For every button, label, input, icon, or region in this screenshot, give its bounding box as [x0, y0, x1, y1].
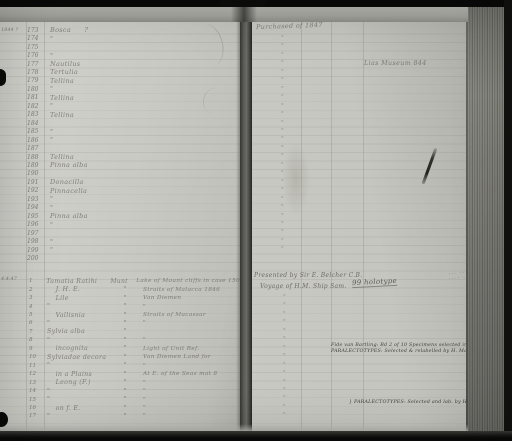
specimen-name: " [47, 388, 109, 395]
register-row: 16 on f. E. " " [0, 404, 240, 412]
register-row: 176 " [0, 51, 240, 59]
ditto-mark: " [281, 187, 284, 195]
row-number: 177 [27, 61, 42, 68]
locality-note: At E. of the Seas mat 8 [143, 371, 240, 377]
ditto-mark: " [281, 77, 284, 85]
qualifier: " [113, 345, 137, 352]
row-number: 16 [29, 405, 39, 411]
ditto-mark: " [281, 229, 284, 237]
register-row: 177 Nautilus [0, 60, 240, 68]
specimen-name: " [50, 221, 53, 229]
register-row: 195 Pinna alba [0, 212, 240, 220]
register-row: 2 J. H. E. " Straits of Malacca 1846 [0, 285, 240, 293]
ditto-mark: " [283, 370, 286, 378]
register-row: 175 [0, 43, 240, 51]
row-number: 1 [29, 278, 38, 284]
locality-note: " [143, 320, 240, 326]
top-edge-gutter-shadow [231, 7, 257, 22]
register-row: 15 " " " [0, 395, 240, 403]
specimen-name: Pinnacella [50, 187, 87, 195]
row-number: 181 [27, 94, 42, 101]
row-number: 184 [27, 120, 42, 127]
specimen-name: " [47, 396, 109, 403]
row-number: 5 [29, 312, 39, 318]
ditto-mark: " [281, 86, 284, 94]
row-number: 12 [29, 371, 39, 377]
row-number: 17 [29, 413, 39, 419]
row-number: 185 [27, 128, 42, 135]
specimen-name: " [50, 238, 53, 246]
specimen-name: Pinna alba [50, 161, 88, 169]
left-page: 1844 ? 173 Bosca ? 174 " 175 [0, 22, 240, 431]
specimen-name: Tellina [50, 153, 74, 161]
qualifier: " [113, 320, 137, 327]
locality-note: " [143, 363, 240, 369]
row-number: 9 [29, 346, 39, 352]
ditto-mark: " [281, 128, 284, 136]
register-row: 173 Bosca ? [0, 26, 240, 34]
ditto-mark: " [281, 179, 284, 187]
specimen-name: " [47, 413, 109, 420]
stain-smudge [282, 142, 310, 216]
qualifier: " [113, 362, 137, 369]
ditto-mark: " [281, 204, 284, 212]
ditto-mark: " [281, 94, 284, 102]
lower-register-rows: 1 Tamatia Ratihi Munt Lake of Mount clif… [0, 277, 240, 421]
specimen-name: on f. E. [47, 405, 109, 412]
register-row: 186 " [0, 136, 240, 144]
ditto-mark: " [281, 111, 284, 119]
row-number: 175 [27, 44, 42, 51]
specimen-name: Donacilla [50, 178, 84, 186]
specimen-name: " [50, 52, 53, 60]
ditto-mark: " [281, 213, 284, 221]
specimen-name: Tellina [50, 94, 74, 102]
presented-by-note: Presented by Sir E. Belcher C.B. [254, 272, 362, 279]
background-bottom-strip [0, 431, 512, 441]
ditto-mark: " [281, 69, 284, 77]
register-row: 197 [0, 229, 240, 237]
specimen-name: in a Plains [47, 371, 109, 378]
register-row: 7 Sylvia alba " [0, 328, 240, 336]
ditto-mark: " [281, 35, 284, 43]
specimen-name: Sylvia alba [47, 328, 109, 335]
register-row: 183 Tellina [0, 111, 240, 119]
register-row: 178 Tertulia [0, 68, 240, 76]
row-number: 193 [27, 196, 42, 203]
column-line [331, 22, 332, 431]
row-number: 196 [27, 221, 42, 228]
ditto-mark: " [283, 404, 286, 412]
register-row: 191 Donacilla [0, 178, 240, 186]
register-row: 180 " [0, 85, 240, 93]
ditto-mark: " [281, 52, 284, 60]
specimen-name: " [50, 246, 53, 254]
register-row: 6 " " " [0, 319, 240, 327]
locality-note: " [143, 337, 240, 343]
locality-note: Straits of Macassar [143, 312, 240, 318]
ditto-mark: " [283, 395, 286, 403]
ditto-mark: " [283, 353, 286, 361]
ditto-mark: " [283, 328, 286, 336]
locality-note: " [143, 413, 240, 419]
row-number: 11 [29, 363, 39, 369]
register-row: 17 " " " [0, 412, 240, 420]
ditto-mark: " [281, 162, 284, 170]
qualifier: " [113, 396, 137, 403]
row-number: 197 [27, 230, 42, 237]
register-row: 200 [0, 254, 240, 262]
row-number: 178 [27, 69, 42, 76]
register-row: 193 " [0, 195, 240, 203]
row-number: 2 [29, 287, 39, 293]
row-number: 186 [27, 137, 42, 144]
row-number: 176 [27, 52, 42, 59]
ditto-mark: " [281, 196, 284, 204]
register-row: 187 [0, 144, 240, 152]
ditto-mark: " [281, 153, 284, 161]
ditto-mark: " [281, 103, 284, 111]
register-row: 5 Vallisnia " Straits of Macassar [0, 311, 240, 319]
register-row: 4 " " " [0, 302, 240, 310]
row-number: 174 [27, 35, 42, 42]
register-row: 199 " [0, 246, 240, 254]
specimen-name: Pinna alba [50, 212, 88, 220]
row-number: 3 [29, 295, 39, 301]
qualifier: " [113, 371, 137, 378]
row-number: 200 [27, 255, 42, 262]
register-row: 3 Lile " Van Diemen [0, 294, 240, 302]
qualifier: " [113, 286, 137, 293]
ditto-mark: " [283, 412, 286, 420]
upper-register-rows: 173 Bosca ? 174 " 175 176 " [0, 26, 240, 263]
ditto-mark: " [281, 145, 284, 153]
specimen-name: " [47, 337, 109, 344]
specimen-name: Tellina [50, 77, 74, 85]
ditto-mark: " [281, 60, 284, 68]
qualifier: Munt [108, 278, 130, 285]
specimen-name: Tertulia [50, 68, 78, 76]
qualifier: " [113, 379, 137, 386]
row-number: 190 [27, 170, 42, 177]
locality-note: " [143, 304, 240, 310]
ditto-mark: " [281, 221, 284, 229]
ditto-mark: " [281, 136, 284, 144]
register-row: 10 Sylviadae decora " Van Diemen Land fo… [0, 353, 240, 361]
row-number: 14 [29, 388, 39, 394]
qualifier: " [113, 312, 137, 319]
qualifier: " [113, 328, 137, 335]
ditto-mark: " [283, 319, 286, 327]
register-row: 185 " [0, 127, 240, 135]
register-row: 196 " [0, 220, 240, 228]
register-row: 188 Tellina [0, 153, 240, 161]
qualifier: " [113, 388, 137, 395]
specimen-name: J. H. E. [47, 286, 109, 293]
locality-note: Van Diemen [143, 295, 240, 301]
register-row: 182 " [0, 102, 240, 110]
register-row: 174 " [0, 34, 240, 42]
register-row: 13 Leong (F.) " " [0, 378, 240, 386]
row-number: 183 [27, 111, 42, 118]
register-row: 181 Tellina [0, 94, 240, 102]
row-number: 191 [27, 179, 42, 186]
ditto-mark: " [283, 345, 286, 353]
specimen-name: Tellina [50, 111, 74, 119]
ditto-mark: " [281, 43, 284, 51]
row-number: 179 [27, 77, 42, 84]
row-number: 195 [27, 213, 42, 220]
specimen-name: " [50, 204, 53, 212]
register-row: 1 Tamatia Ratihi Munt Lake of Mount clif… [0, 277, 240, 285]
row-number: 199 [27, 247, 42, 254]
register-photo: 1844 ? 173 Bosca ? 174 " 175 [0, 0, 512, 441]
row-number: 173 [27, 27, 42, 34]
specimen-name: " [47, 362, 109, 369]
qualifier: " [113, 405, 137, 412]
specimen-name: Sylviadae decora [47, 354, 109, 361]
register-row: 184 [0, 119, 240, 127]
ditto-column-lower: """"""""""""""" [283, 294, 286, 421]
row-number: 6 [29, 320, 39, 326]
column-line [363, 22, 364, 431]
register-row: 189 Pinna alba [0, 161, 240, 169]
ditto-mark: " [281, 238, 284, 246]
ditto-mark: " [283, 294, 286, 302]
specimen-name: " [50, 35, 53, 43]
row-number: 8 [29, 337, 39, 343]
ditto-mark: " [283, 302, 286, 310]
specimen-name: Tamatia Ratihi [46, 278, 104, 285]
specimen-name: Bosca ? [50, 26, 88, 34]
locality-note: " [143, 380, 240, 386]
background-right [504, 0, 512, 441]
locality-note: " [143, 405, 240, 411]
row-number: 188 [27, 154, 42, 161]
ditto-mark: " [283, 387, 286, 395]
specimen-name: Vallisnia [47, 312, 109, 319]
ditto-mark: " [283, 336, 286, 344]
row-number: 4 [29, 304, 39, 310]
register-row: 14 " " " [0, 387, 240, 395]
specimen-name: " [50, 102, 53, 110]
row-number: 180 [27, 86, 42, 93]
locality-note: Lake of Mount cliffs in case 150 [136, 278, 240, 284]
row-number: 10 [29, 354, 39, 360]
specimen-name: " [47, 320, 109, 327]
row-number: 187 [27, 145, 42, 152]
row-number: 15 [29, 397, 39, 403]
voyage-note: Voyage of H.M. Ship Sam. [260, 283, 347, 290]
qualifier: " [113, 295, 137, 302]
specimen-name: " [50, 136, 53, 144]
register-row: 179 Tellina [0, 77, 240, 85]
qualifier: " [113, 354, 137, 361]
ditto-mark: " [283, 362, 286, 370]
register-row: 11 " " " [0, 362, 240, 370]
ditto-mark: " [281, 246, 284, 254]
locality-note: Light of Unit Ref. [143, 346, 240, 352]
row-number: 182 [27, 103, 42, 110]
register-row: 9 incognita " Light of Unit Ref. [0, 345, 240, 353]
qualifier: " [113, 413, 137, 420]
row-number: 189 [27, 162, 42, 169]
locality-note: Van Diemen Land for [143, 354, 240, 360]
locality-note: " [143, 388, 240, 394]
row-number: 13 [29, 380, 39, 386]
specimen-name: " [50, 195, 53, 203]
register-row: 198 " [0, 237, 240, 245]
specimen-name: incognita [47, 345, 109, 352]
specimen-name: " [50, 128, 53, 136]
specimen-name: " [50, 85, 53, 93]
specimen-name: Leong (F.) [47, 379, 109, 386]
museum-note: Lias Museum 844 [364, 60, 427, 67]
right-page: Purchased of 1847 """"""""""""""""""""""… [252, 22, 468, 431]
locality-note: Straits of Malacca 1846 [143, 287, 240, 293]
register-row: 192 Pinnacella [0, 187, 240, 195]
ditto-mark: " [281, 170, 284, 178]
qualifier: " [113, 337, 137, 344]
specimen-name: " [47, 303, 109, 310]
ditto-mark: " [283, 379, 286, 387]
register-row: 12 in a Plains " At E. of the Seas mat 8 [0, 370, 240, 378]
register-row: 194 " [0, 204, 240, 212]
ditto-mark: " [283, 311, 286, 319]
ditto-mark: " [281, 120, 284, 128]
row-number: 198 [27, 238, 42, 245]
locality-note: " [143, 397, 240, 403]
specimen-name: Lile [47, 295, 109, 302]
column-line [301, 22, 302, 431]
row-number: 194 [27, 204, 42, 211]
qualifier: " [113, 303, 137, 310]
register-row: 190 [0, 170, 240, 178]
row-number: 7 [29, 329, 39, 335]
row-number: 192 [27, 187, 42, 194]
specimen-name: Nautilus [50, 60, 80, 68]
fore-edge-shading [468, 7, 504, 441]
register-row: 8 " " " [0, 336, 240, 344]
ditto-column-upper: """""""""""""""""""""""""" [281, 35, 284, 255]
